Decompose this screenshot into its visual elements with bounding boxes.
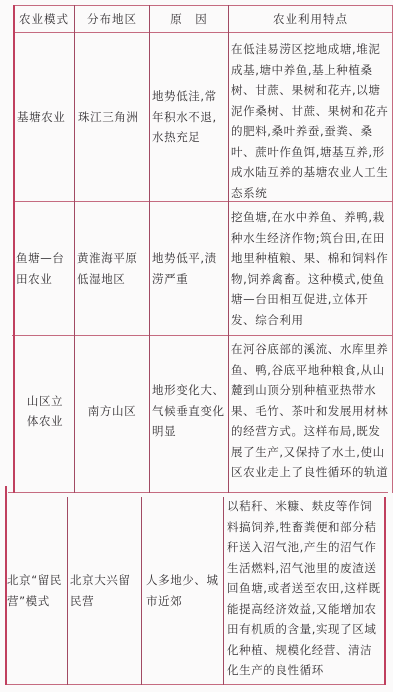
table-row-4-features: 以秸秆、米糠、麸皮等作饲料搞饲养,牲畜粪便和部分秸秆送入沼气池,产生的沼气作生活…	[225, 493, 384, 684]
header-features-label: 农业利用特点	[273, 9, 348, 30]
header-region: 分布地区	[75, 6, 149, 32]
table-row-1-features: 在低洼易涝区挖地成塘,堆泥成基,塘中养鱼,基上种植桑树、甘蔗、果树和花卉,以塘泥…	[230, 33, 392, 201]
mode-text: 基塘农业	[17, 107, 65, 128]
reason-text: 地形变化大、气候垂直变化明显	[152, 380, 228, 442]
region-text: 珠江三角洲	[78, 107, 139, 128]
table-row-2-region: 黄淮海平原低湿地区	[76, 202, 149, 335]
table-row-2-mode: 鱼塘—台田农业	[15, 202, 74, 335]
table-row-4-mode: 北京“留民营”模式	[6, 497, 67, 684]
region-text: 北京大兴留民营	[70, 570, 141, 611]
agriculture-modes-table: 农业模式 分布地区 原 因 农业利用特点 基塘农业 珠江三角洲 地势低洼,常年积…	[0, 0, 393, 692]
header-reason: 原 因	[150, 6, 228, 32]
col3-divider-lower	[223, 497, 224, 685]
col2-divider-upper	[149, 5, 150, 493]
table-row-3-region: 南方山区	[75, 336, 149, 486]
col3-divider-upper	[228, 5, 229, 493]
features-text: 以秸秆、米糠、麸皮等作饲料搞饲养,牲畜粪便和部分秸秆送入沼气池,产生的沼气作生活…	[227, 496, 383, 681]
mode-text: 鱼塘—台田农业	[16, 248, 74, 289]
table-row-3-mode: 山区立体农业	[16, 336, 74, 486]
table-bottom-border	[5, 684, 385, 685]
table-row-1-reason: 地势低洼,常年积水不退,水热充足	[151, 33, 228, 201]
header-mode: 农业模式	[14, 6, 74, 32]
reason-text: 人多地少、城市近郊	[146, 570, 223, 611]
header-features: 农业利用特点	[229, 6, 392, 32]
mode-text: 山区立体农业	[22, 391, 68, 432]
table-row-2-features: 挖鱼塘,在水中养鱼、养鸭,栽种水生经济作物;筑台田,在田地里种植粮、果、棉和饲料…	[230, 202, 392, 335]
mode-text: 北京“留民营”模式	[7, 570, 67, 611]
features-text: 挖鱼塘,在水中养鱼、养鸭,栽种水生经济作物;筑台田,在田地里种植粮、果、棉和饲料…	[231, 207, 390, 330]
region-text: 黄淮海平原低湿地区	[77, 248, 149, 289]
table-row-3-features: 在河谷底部的溪流、水库里养鱼、鸭,谷底平地种粮食,从山麓到山顶分别种植亚热带水果…	[230, 336, 392, 486]
table-row-3-reason: 地形变化大、气候垂直变化明显	[151, 336, 228, 486]
right-border-lower	[384, 497, 386, 685]
reason-text: 地势低洼,常年积水不退,水热充足	[152, 86, 228, 148]
features-text: 在河谷底部的溪流、水库里养鱼、鸭,谷底平地种粮食,从山麓到山顶分别种植亚热带水果…	[231, 339, 390, 483]
header-region-label: 分布地区	[87, 9, 137, 30]
table-row-1-mode: 基塘农业	[16, 33, 74, 201]
table-row-4-features-reason: 人多地少、城市近郊	[144, 497, 223, 684]
table-row-1-region: 珠江三角洲	[76, 33, 149, 201]
reason-text: 地势低平,渍涝严重	[152, 248, 228, 289]
header-reason-label: 原 因	[170, 9, 208, 30]
col1-divider-lower	[67, 497, 68, 685]
table-row-4-region: 北京大兴留民营	[69, 497, 141, 684]
region-text: 南方山区	[88, 401, 136, 422]
table-row-2-reason: 地势低平,渍涝严重	[151, 202, 228, 335]
col2-divider-lower	[141, 497, 142, 685]
header-mode-label: 农业模式	[19, 9, 69, 30]
features-text: 在低洼易涝区挖地成塘,堆泥成基,塘中养鱼,基上种植桑树、甘蔗、果树和花卉,以塘泥…	[231, 39, 390, 203]
